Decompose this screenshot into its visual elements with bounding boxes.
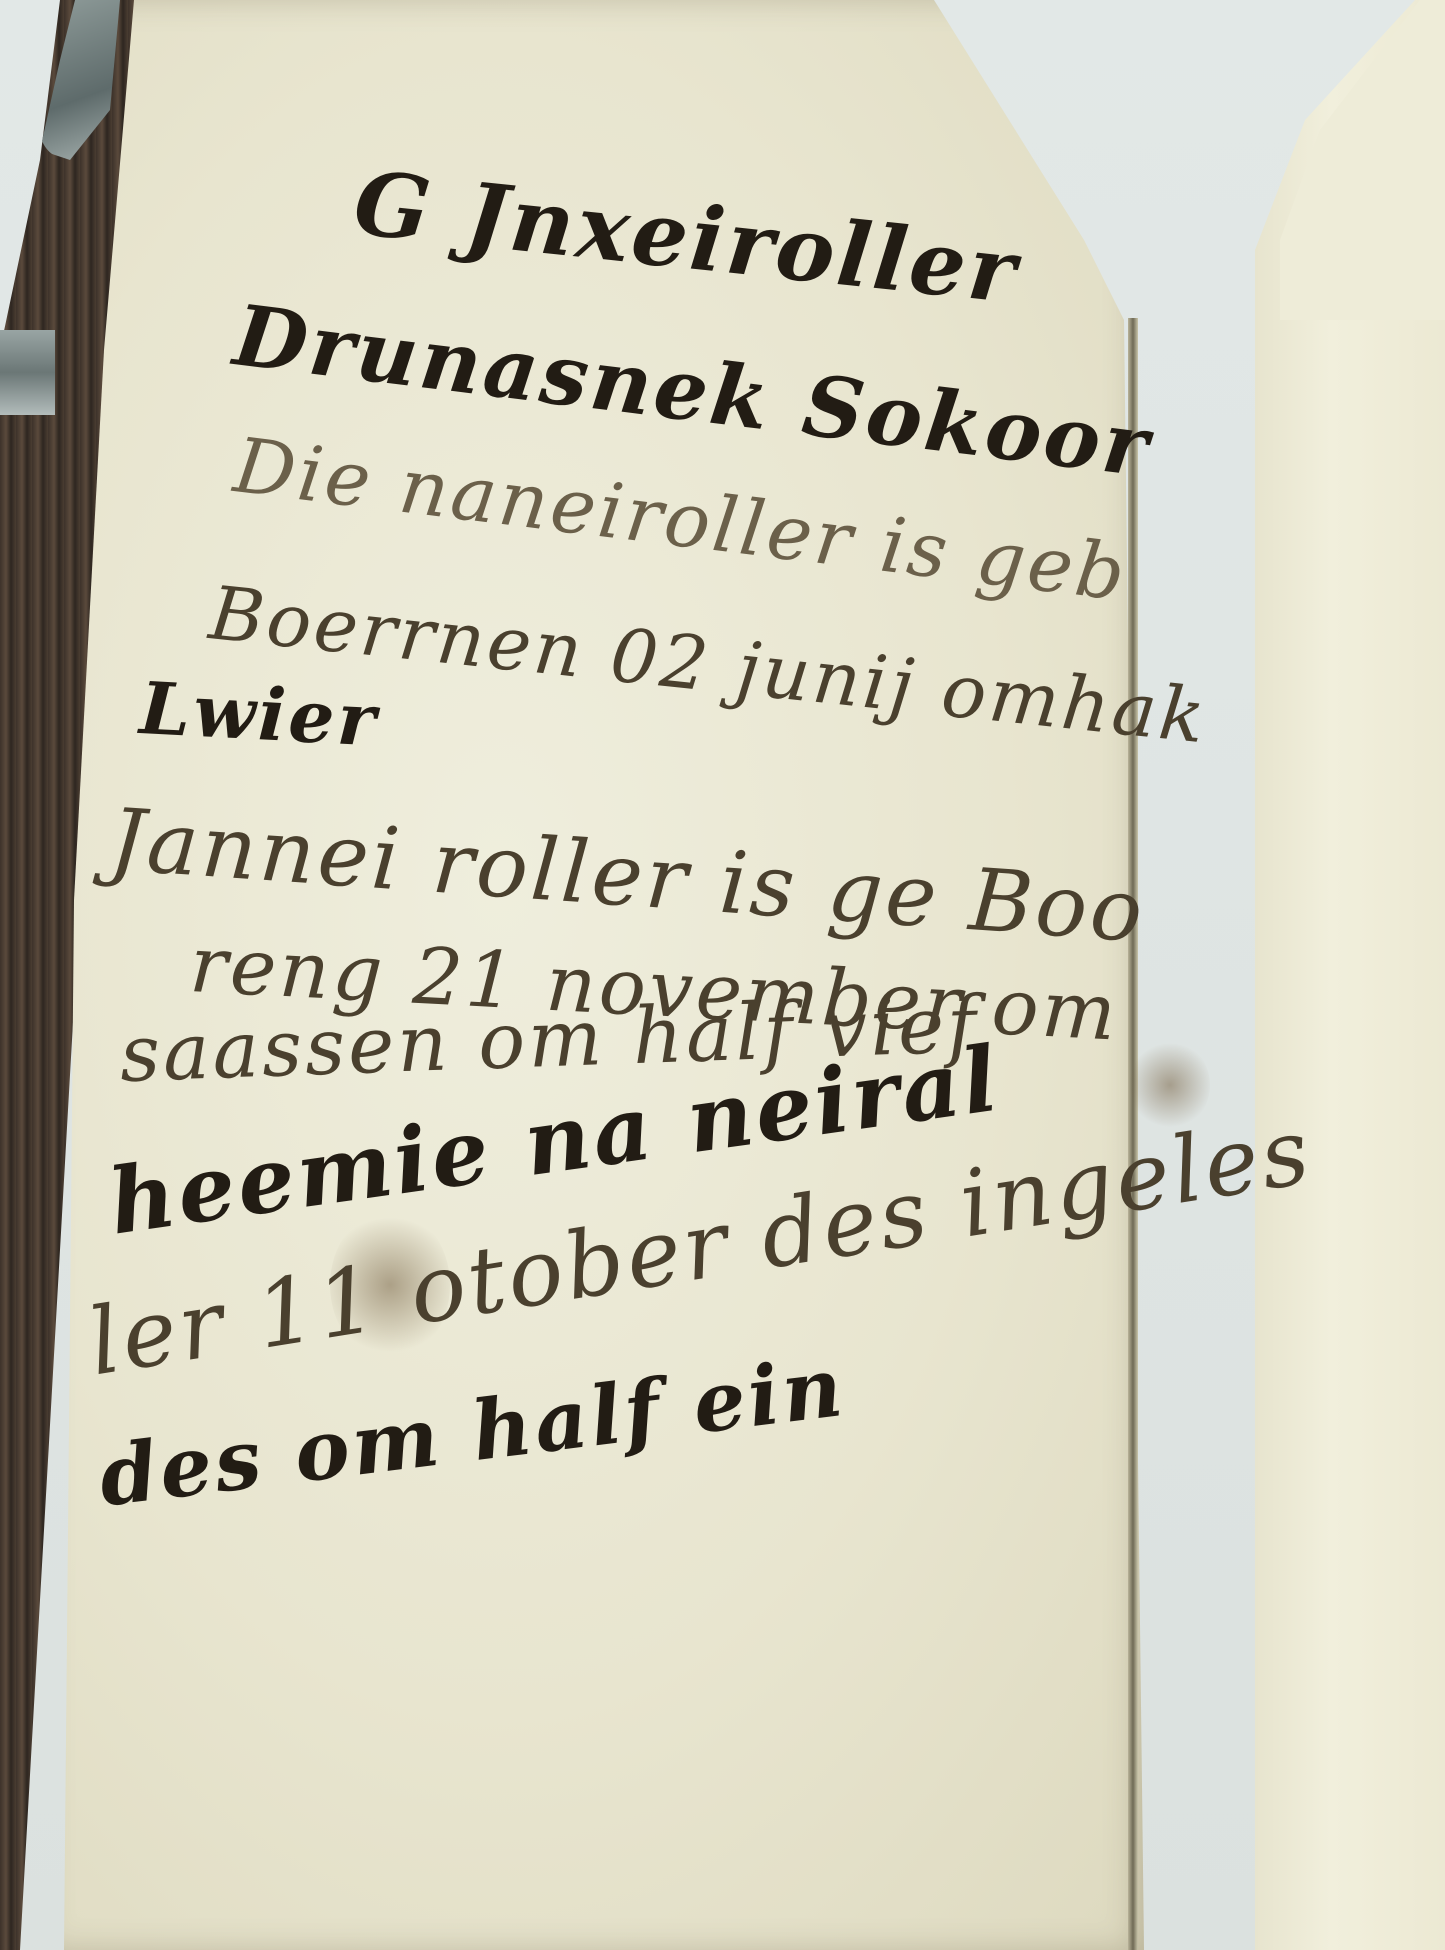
handwriting-line-5: Lwier xyxy=(138,665,381,762)
metal-clasp-middle xyxy=(0,330,55,415)
